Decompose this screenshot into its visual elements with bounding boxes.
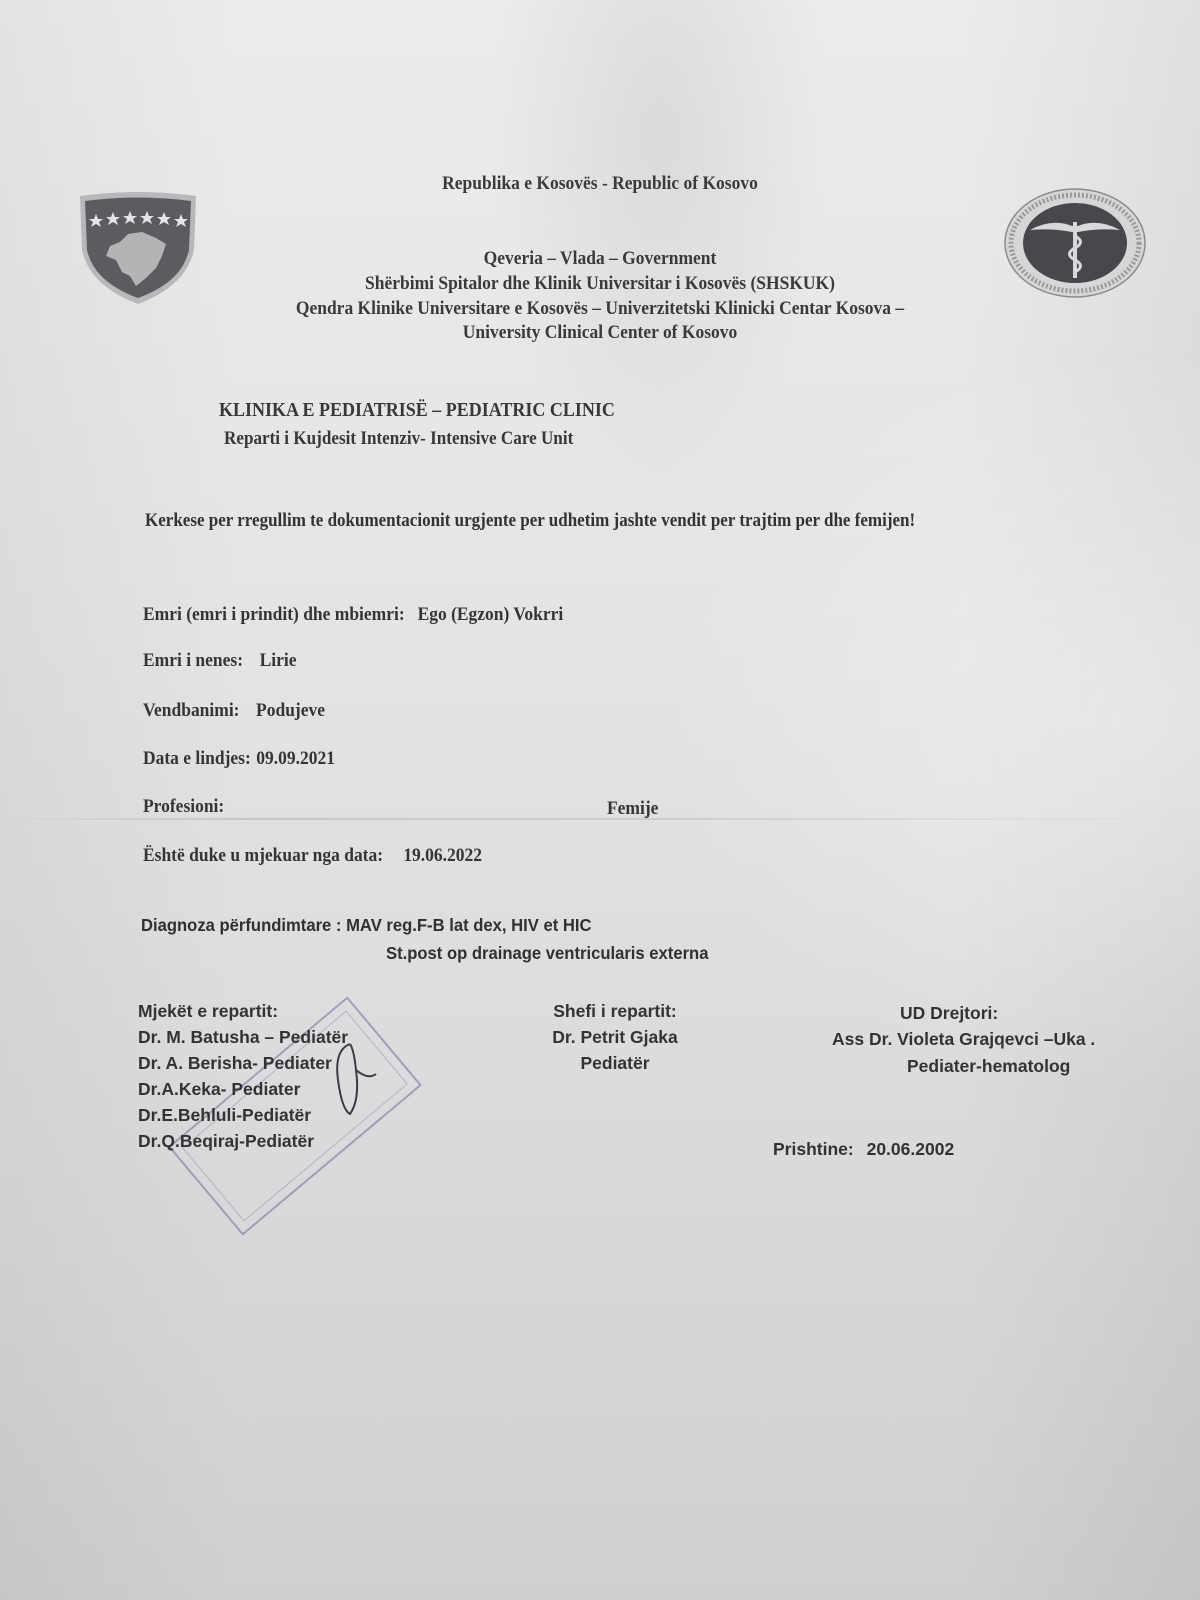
field-name-value: Ego (Egzon) Vokrri: [418, 604, 564, 625]
chief-heading: Shefi i repartit:: [500, 998, 730, 1024]
header-service: Shërbimi Spitalor dhe Klinik Universitar…: [48, 273, 1152, 295]
place-date: Prishtine: 20.06.2002: [773, 1136, 954, 1162]
field-treatment-date-label: Është duke u mjekuar nga data:: [143, 845, 383, 866]
clinic-unit: Reparti i Kujdesit Intenziv- Intensive C…: [224, 428, 573, 450]
field-mother-name: Emri i nenes:Lirie: [143, 650, 296, 672]
doctor-1: Dr. M. Batusha – Pediatër: [138, 1024, 348, 1050]
doctors-heading: Mjekët e repartit:: [138, 998, 348, 1024]
header-center-line2: University Clinical Center of Kosovo: [48, 322, 1152, 344]
field-residence-label: Vendbanimi:: [143, 700, 239, 721]
field-profession-value: Femije: [607, 798, 658, 820]
director-heading: UD Drejtori:: [900, 1000, 998, 1026]
field-birth-date: Data e lindjes:09.09.2021: [143, 748, 335, 770]
diagnosis-line1: Diagnoza përfundimtare : MAV reg.F-B lat…: [141, 915, 591, 936]
field-name: Emri (emri i prindit) dhe mbiemri:Ego (E…: [143, 604, 563, 626]
diagnosis-value-line1: MAV reg.F-B lat dex, HIV et HIC: [346, 915, 591, 935]
doctor-4: Dr.E.Behluli-Pediatër: [138, 1102, 348, 1128]
diagnosis-label: Diagnoza përfundimtare :: [141, 915, 341, 935]
chief-name: Dr. Petrit Gjaka: [500, 1024, 730, 1050]
field-treatment-date: Është duke u mjekuar nga data:19.06.2022: [143, 845, 482, 867]
request-statement: Kerkese per rregullim te dokumentacionit…: [145, 510, 915, 532]
header-center-line1: Qendra Klinike Universitare e Kosovës – …: [48, 298, 1152, 320]
field-birth-date-label: Data e lindjes:: [143, 748, 251, 769]
field-birth-date-value: 09.09.2021: [256, 748, 335, 769]
field-mother-name-label: Emri i nenes:: [143, 650, 243, 671]
header-government: Qeveria – Vlada – Government: [48, 248, 1152, 270]
field-residence: Vendbanimi:Podujeve: [143, 700, 325, 722]
doctors-block: Mjekët e repartit: Dr. M. Batusha – Pedi…: [138, 998, 348, 1154]
field-mother-name-value: Lirie: [260, 650, 297, 671]
field-name-label: Emri (emri i prindit) dhe mbiemri:: [143, 604, 405, 625]
document-date: 20.06.2002: [867, 1139, 955, 1159]
field-treatment-date-value: 19.06.2022: [403, 845, 482, 866]
director-title: Pediater-hematolog: [907, 1053, 1070, 1079]
doctor-5: Dr.Q.Beqiraj-Pediatër: [138, 1128, 348, 1154]
doctor-2: Dr. A. Berisha- Pediater: [138, 1050, 348, 1076]
clinic-title: KLINIKA E PEDIATRISË – PEDIATRIC CLINIC: [219, 399, 615, 422]
diagnosis-value-line2: St.post op drainage ventricularis extern…: [386, 943, 708, 964]
paper-fold-line: [0, 818, 1200, 820]
field-residence-value: Podujeve: [256, 700, 325, 721]
chief-block: Shefi i repartit: Dr. Petrit Gjaka Pedia…: [500, 998, 730, 1076]
field-profession-label: Profesioni:: [143, 796, 224, 818]
chief-title: Pediatër: [500, 1050, 730, 1076]
director-name: Ass Dr. Violeta Grajqevci –Uka .: [832, 1026, 1095, 1052]
doctor-3: Dr.A.Keka- Pediater: [138, 1076, 348, 1102]
place-label: Prishtine:: [773, 1139, 854, 1159]
header-republic: Republika e Kosovës - Republic of Kosovo: [48, 173, 1152, 195]
